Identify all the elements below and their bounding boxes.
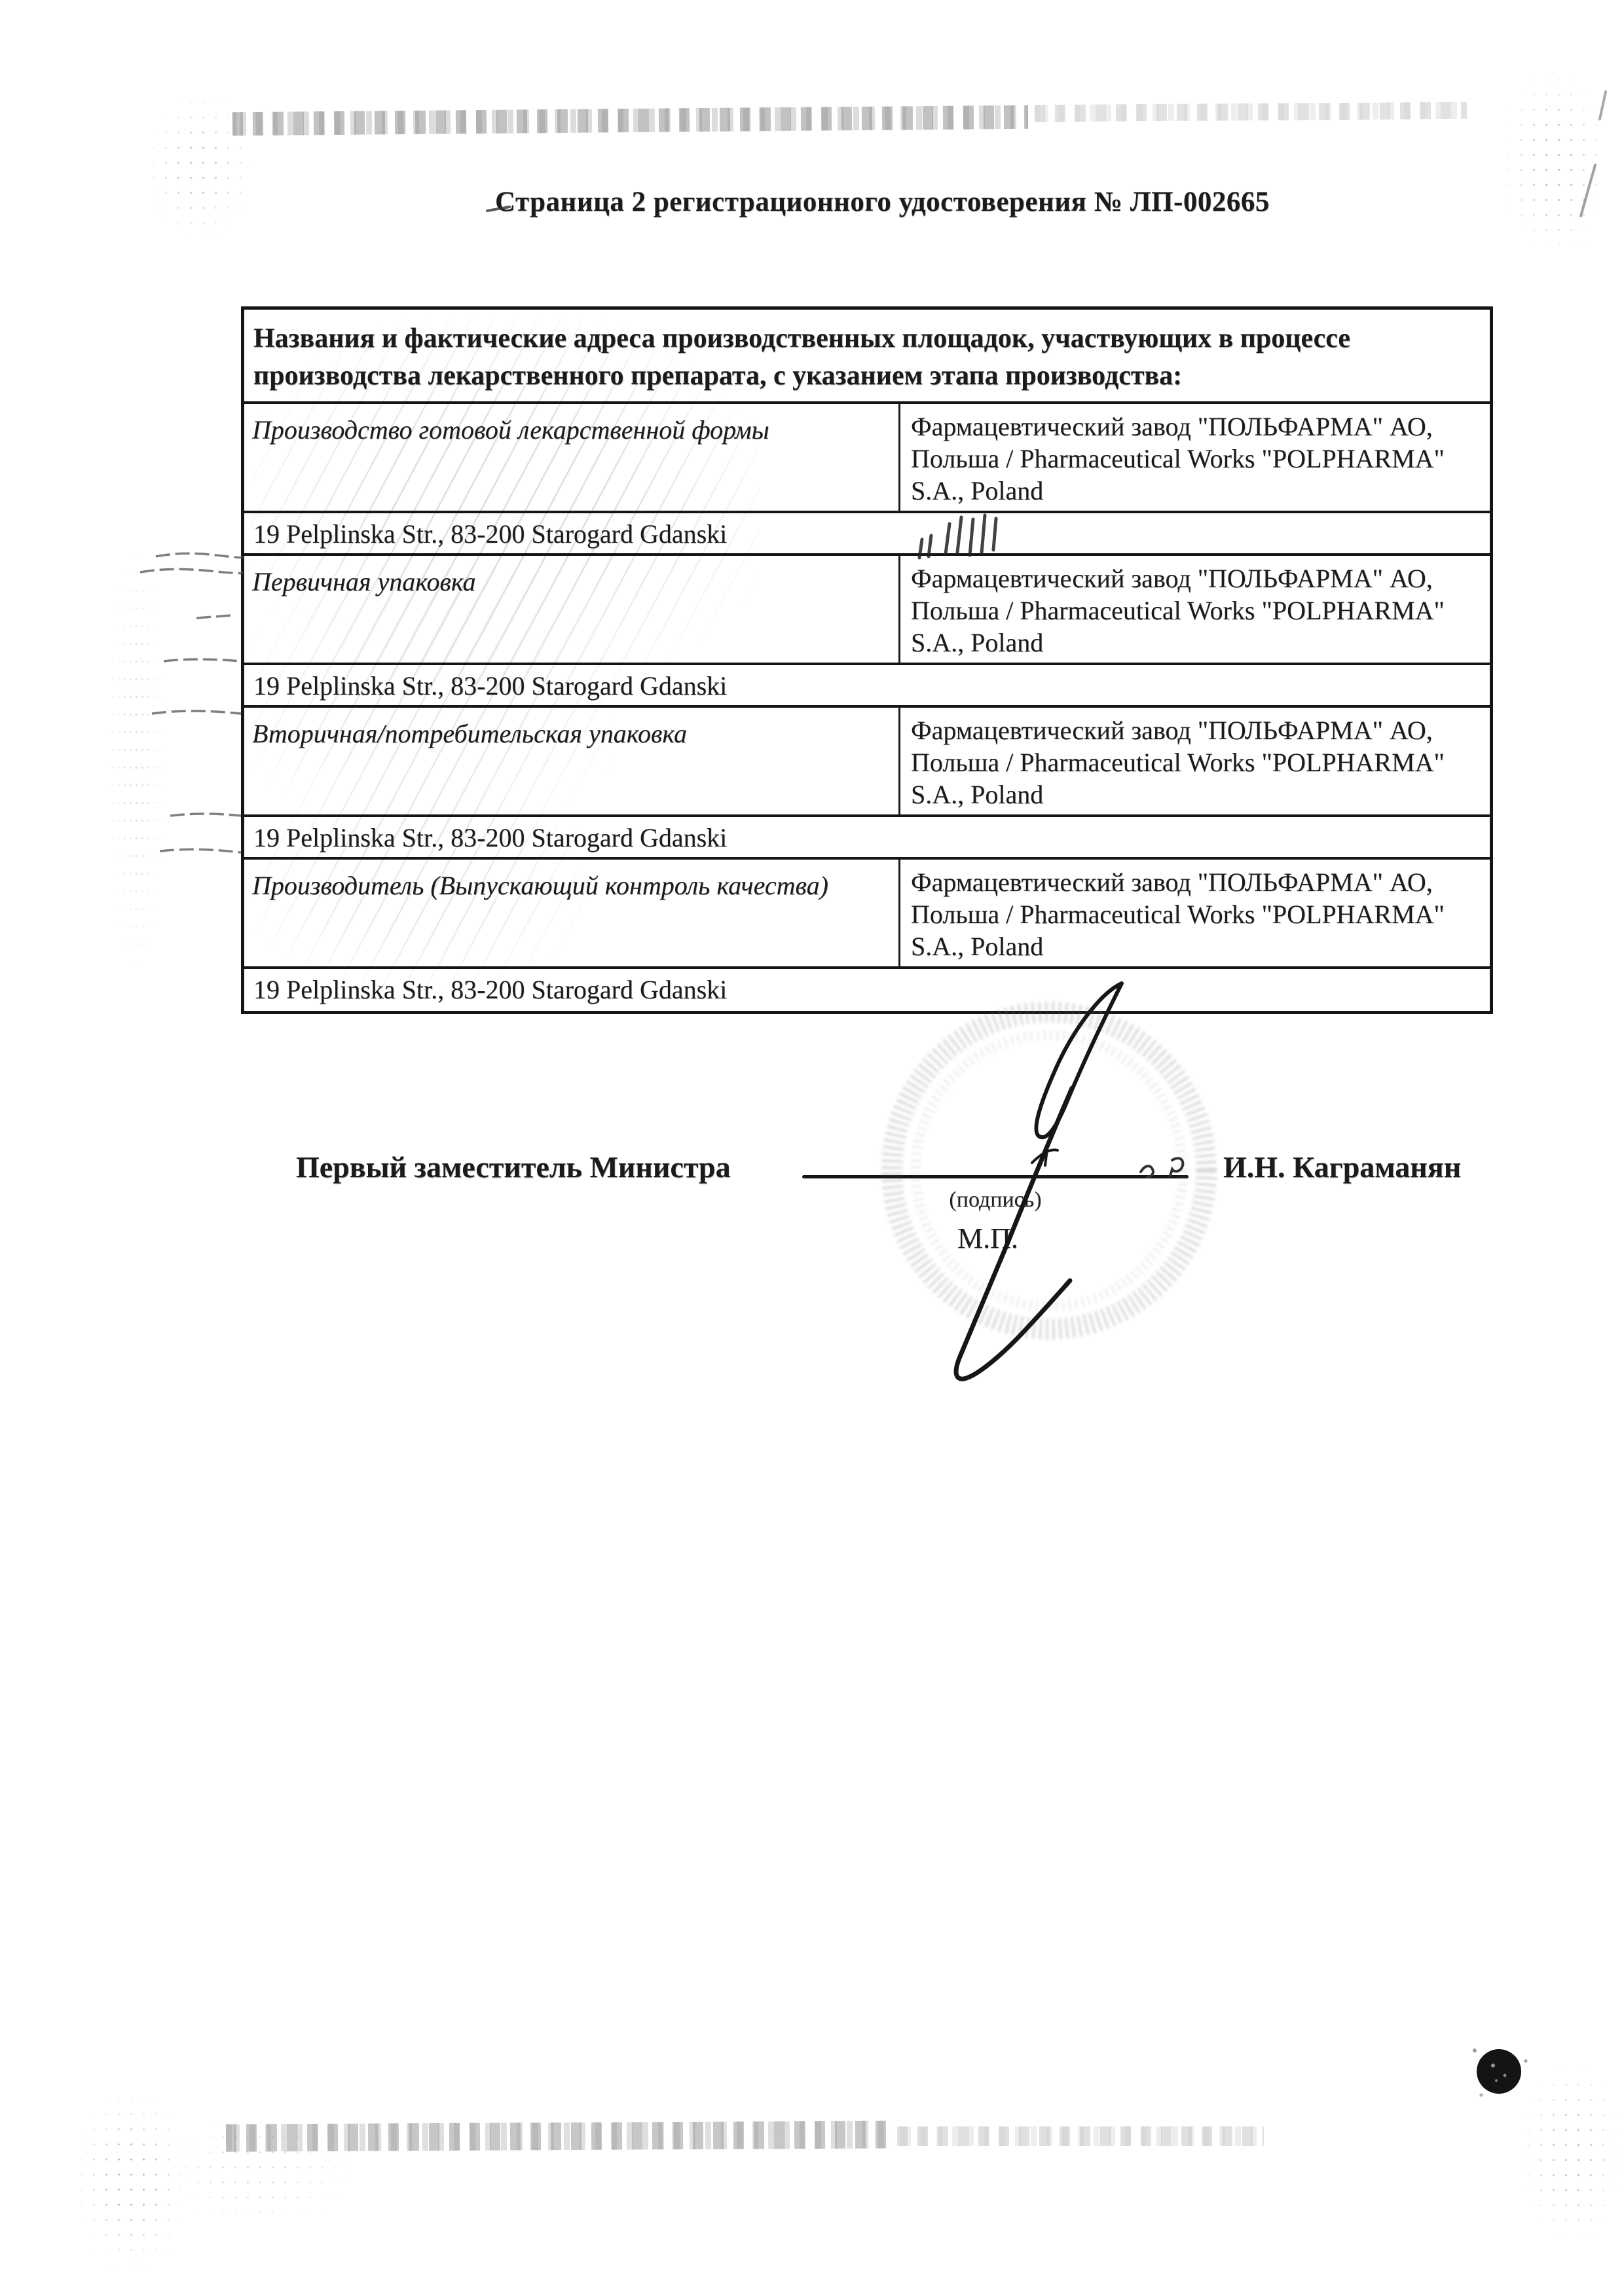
hole-punch-dot bbox=[1473, 2049, 1528, 2097]
signature-line bbox=[802, 1175, 1189, 1178]
production-stage-cell: Производство готовой лекарственной формы bbox=[244, 404, 900, 511]
scan-noise-band-top-faint bbox=[1035, 102, 1467, 122]
manufacturer-cell: Фармацевтический завод "ПОЛЬФАРМА" АО, П… bbox=[900, 860, 1490, 966]
page-header: Страница 2 регистрационного удостоверени… bbox=[495, 186, 1281, 219]
address-cell: 19 Pelplinska Str., 83-200 Starogard Gda… bbox=[244, 665, 1490, 708]
production-sites-table: Названия и фактические адреса производст… bbox=[241, 306, 1493, 1014]
table-row-stage-4: Производитель (Выпускающий контроль каче… bbox=[244, 860, 1490, 969]
scan-speckle-top-right bbox=[1503, 72, 1608, 255]
seal-placeholder: М.П. bbox=[957, 1222, 1018, 1255]
scan-speckle-bottom-left-2 bbox=[167, 2115, 350, 2226]
manufacturer-cell: Фармацевтический завод "ПОЛЬФАРМА" АО, П… bbox=[900, 708, 1490, 814]
scan-left-margin-dashes bbox=[140, 553, 242, 852]
scan-speckle-top-left bbox=[147, 95, 252, 239]
table-title: Названия и фактические адреса производст… bbox=[244, 310, 1490, 404]
official-stamp-outline bbox=[892, 1012, 1206, 1329]
table-row-stage-2: Первичная упаковка Фармацевтический заво… bbox=[244, 556, 1490, 665]
manufacturer-cell: Фармацевтический завод "ПОЛЬФАРМА" АО, П… bbox=[900, 404, 1490, 511]
scan-speckle-bottom-right bbox=[1522, 2062, 1621, 2246]
address-cell: 19 Pelplinska Str., 83-200 Starogard Gda… bbox=[244, 969, 1490, 1011]
scan-noise-band-bottom-faint bbox=[897, 2126, 1264, 2146]
scan-speckle-left-margin bbox=[110, 547, 162, 972]
scan-noise-band-top bbox=[232, 105, 1028, 136]
scanned-document-page: Страница 2 регистрационного удостоверени… bbox=[0, 0, 1624, 2296]
production-stage-cell: Вторичная/потребительская упаковка bbox=[244, 708, 900, 814]
signature-stroke bbox=[956, 983, 1183, 1379]
signature-position-title: Первый заместитель Министра bbox=[296, 1150, 731, 1184]
signature-caption: (подпись) bbox=[913, 1188, 1077, 1212]
table-row-stage-1: Производство готовой лекарственной формы… bbox=[244, 404, 1490, 513]
address-cell: 19 Pelplinska Str., 83-200 Starogard Gda… bbox=[244, 513, 1490, 556]
table-row-stage-3: Вторичная/потребительская упаковка Фарма… bbox=[244, 708, 1490, 817]
signer-name: И.Н. Каграманян bbox=[1223, 1150, 1461, 1184]
production-stage-cell: Первичная упаковка bbox=[244, 556, 900, 663]
address-cell: 19 Pelplinska Str., 83-200 Starogard Gda… bbox=[244, 817, 1490, 860]
scan-speckle-bottom-left bbox=[75, 2092, 187, 2269]
scan-noise-band-bottom bbox=[226, 2121, 894, 2151]
manufacturer-cell: Фармацевтический завод "ПОЛЬФАРМА" АО, П… bbox=[900, 556, 1490, 663]
production-stage-cell: Производитель (Выпускающий контроль каче… bbox=[244, 860, 900, 966]
